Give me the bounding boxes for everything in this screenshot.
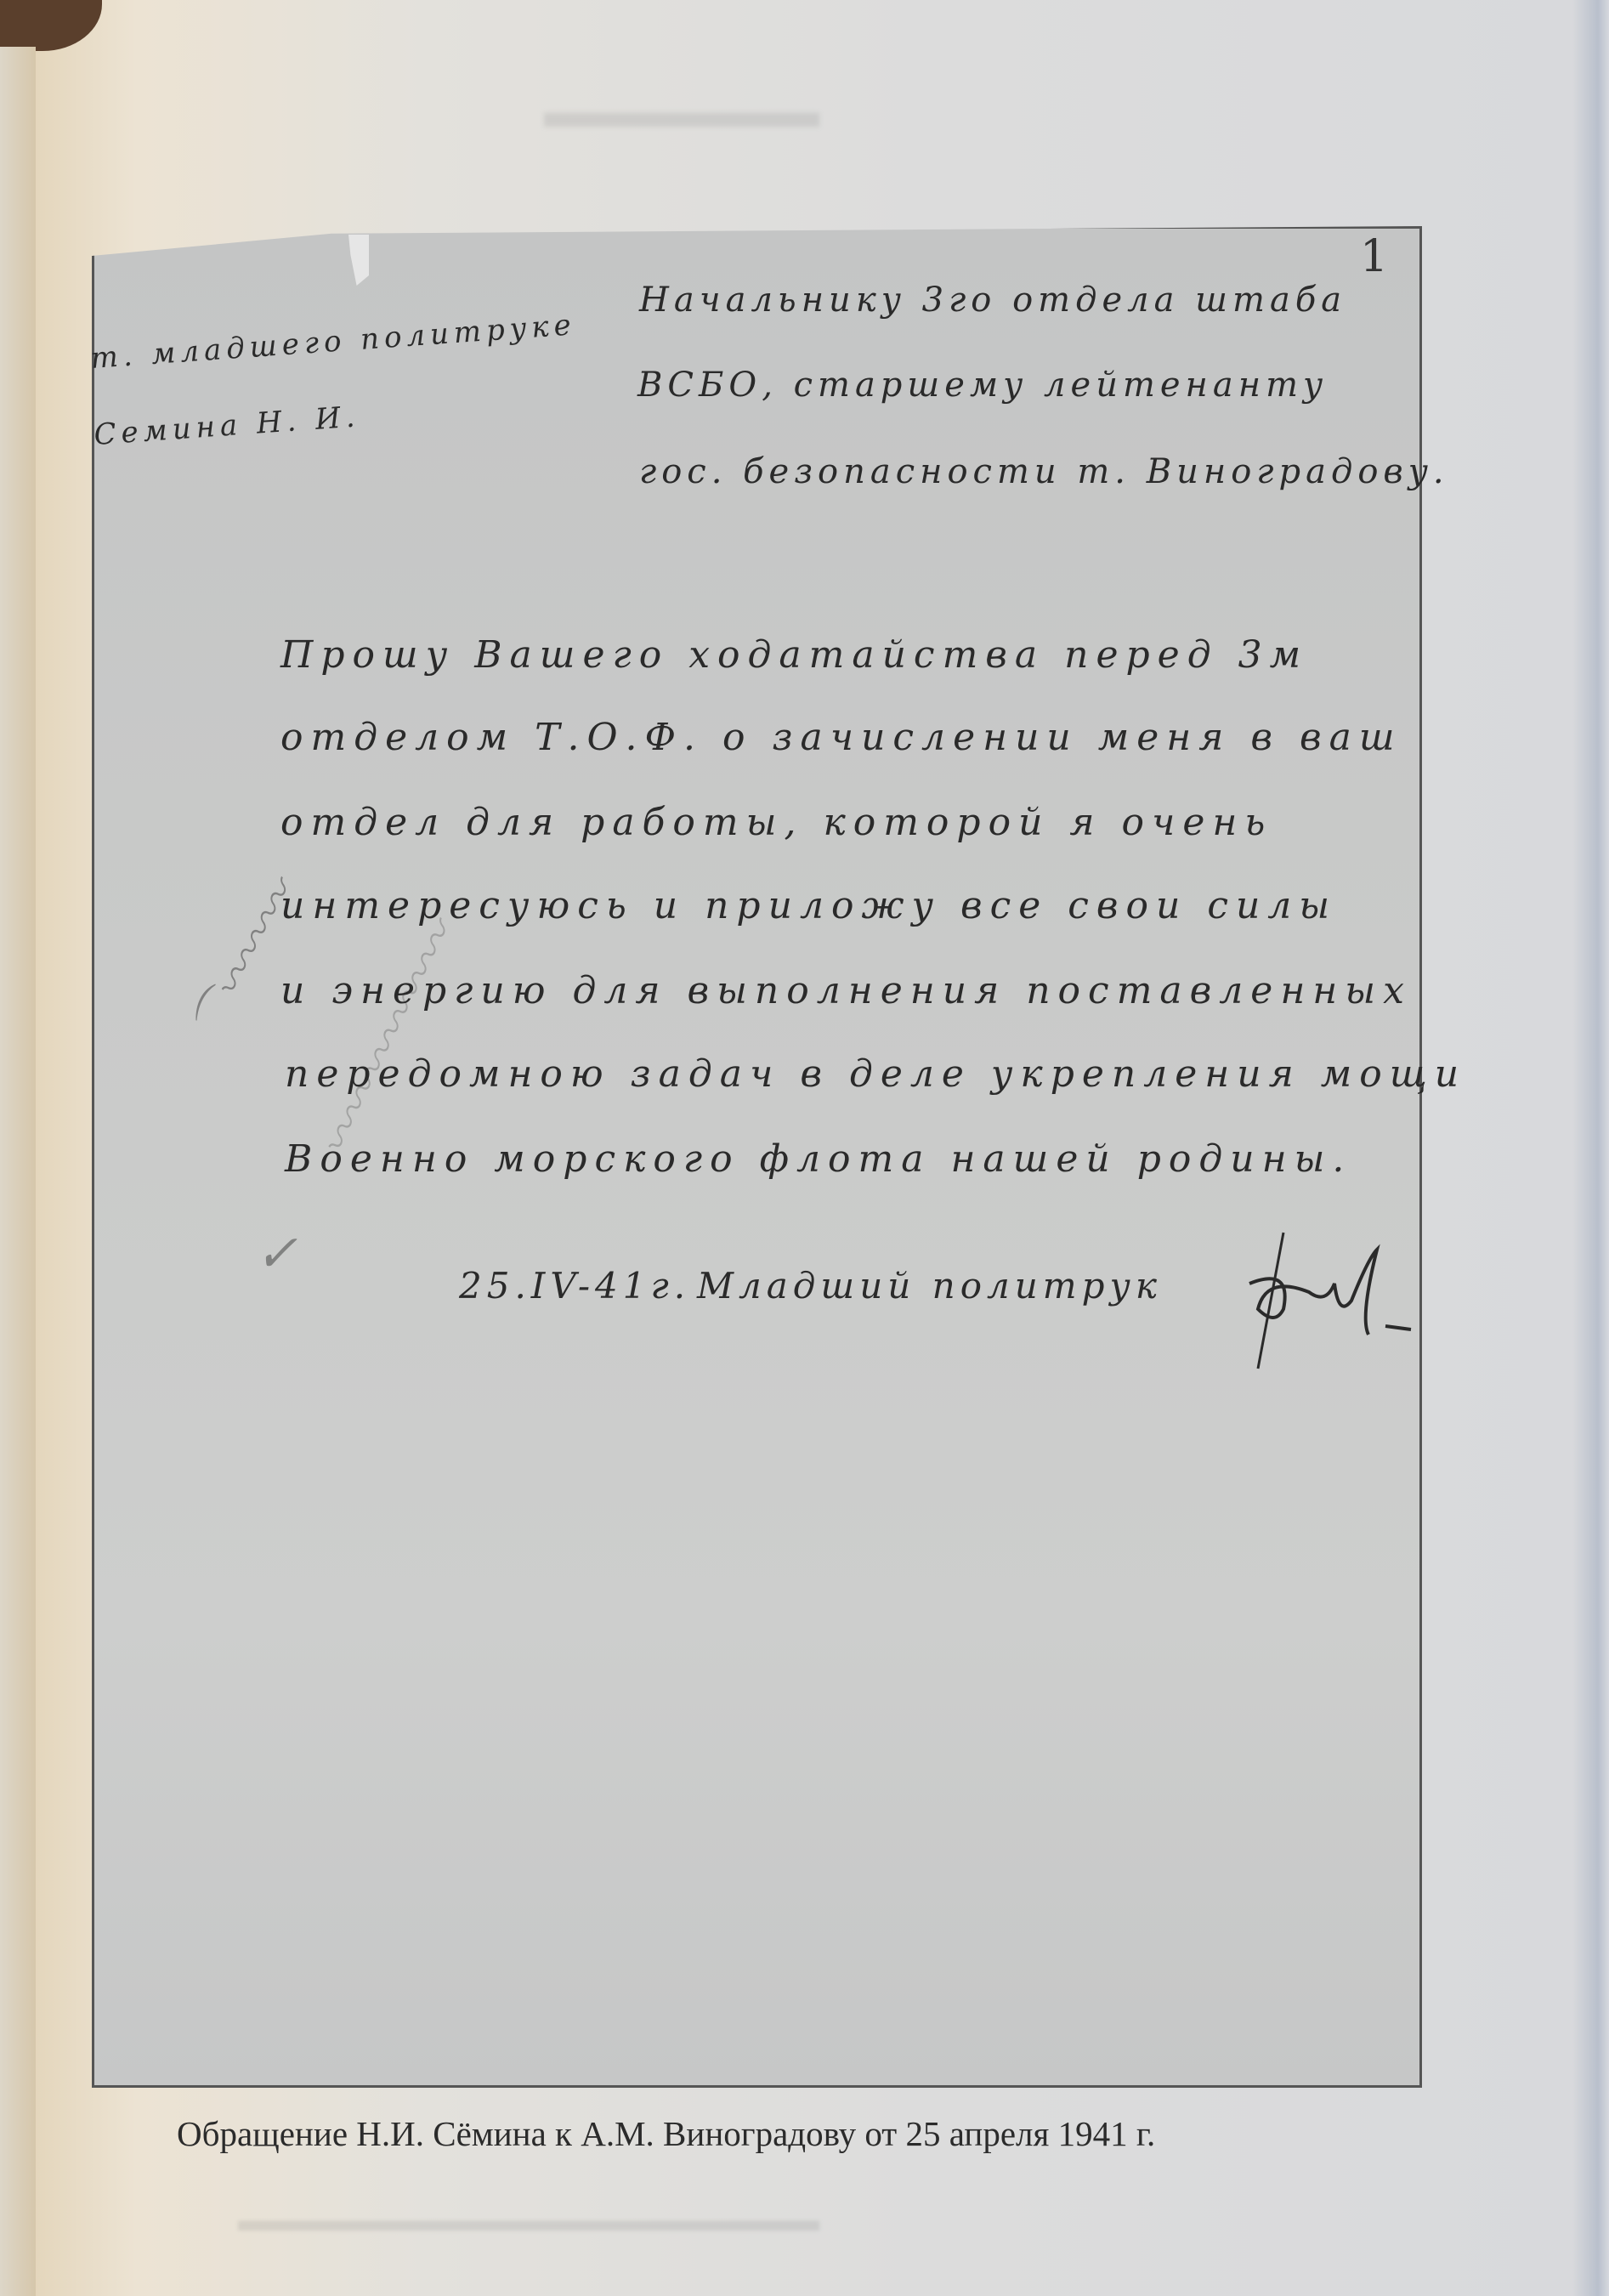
archive-page-number: 1 bbox=[1360, 231, 1388, 282]
body-line-2: отделом Т.О.Ф. о зачислении меня в ваш bbox=[280, 716, 1402, 759]
bleed-through-footer: ▬▬▬▬▬▬▬▬▬▬▬▬▬▬▬▬▬▬ bbox=[238, 2202, 819, 2239]
letter-date: 25.IV-41г. bbox=[459, 1265, 690, 1307]
figure-caption: Обращение Н.И. Сёмина к А.М. Виноградову… bbox=[177, 2113, 1155, 2154]
addressee-line-2: ВСБО, старшему лейтенанту bbox=[637, 366, 1328, 405]
bleed-through-header: ▬▬▬▬▬▬ bbox=[544, 85, 819, 138]
signature-icon bbox=[1232, 1224, 1419, 1377]
addressee-line-3: гос. безопасности т. Виноградову. bbox=[639, 452, 1449, 491]
body-line-4: интересуюсь и приложу все свои силы bbox=[280, 884, 1337, 927]
body-line-6: передомною задач в деле укрепления мощи bbox=[285, 1052, 1466, 1096]
signer-rank: Младший политрук bbox=[697, 1265, 1162, 1307]
page-gutter bbox=[0, 47, 36, 2296]
pencil-mark-check: ✓ bbox=[255, 1224, 297, 1284]
body-line-7: Военно морского флота нашей родины. bbox=[285, 1137, 1351, 1181]
body-line-3: отдел для работы, которой я очень bbox=[280, 801, 1272, 844]
addressee-line-1: Начальнику 3го отдела штаба bbox=[639, 281, 1346, 320]
book-cover-corner bbox=[0, 0, 102, 51]
body-line-5: и энергию для выполнения поставленных bbox=[280, 969, 1412, 1012]
body-line-1: Прошу Вашего ходатайства перед 3м bbox=[280, 633, 1308, 677]
